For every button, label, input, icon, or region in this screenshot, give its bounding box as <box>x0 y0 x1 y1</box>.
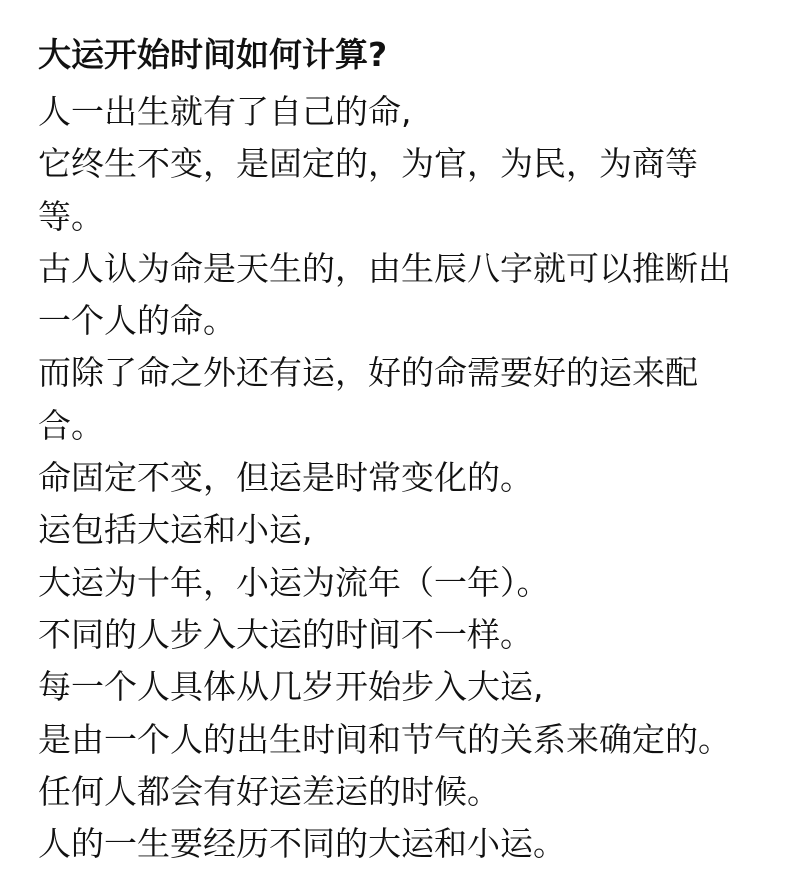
body-line: 而除了命之外还有运，好的命需要好的运来配 <box>38 347 788 399</box>
body-line: 古人认为命是天生的，由生辰八字就可以推断出 <box>38 243 788 295</box>
body-line: 每一个人具体从几岁开始步入大运, <box>38 661 788 713</box>
body-line: 运包括大运和小运, <box>38 504 788 556</box>
body-line: 合。 <box>38 400 788 452</box>
article-title: 大运开始时间如何计算? <box>38 30 788 80</box>
article: 大运开始时间如何计算? 人一出生就有了自己的命, 它终生不变，是固定的，为官，为… <box>38 30 788 870</box>
body-line: 等。 <box>38 191 788 243</box>
body-line: 它终生不变，是固定的，为官，为民，为商等 <box>38 138 788 190</box>
body-line: 一个人的命。 <box>38 295 788 347</box>
body-line: 大运为十年，小运为流年（一年）。 <box>38 557 788 609</box>
body-line: 人一出生就有了自己的命, <box>38 86 788 138</box>
body-line: 任何人都会有好运差运的时候。 <box>38 766 788 818</box>
article-body: 人一出生就有了自己的命, 它终生不变，是固定的，为官，为民，为商等 等。 古人认… <box>38 86 788 870</box>
body-line: 不同的人步入大运的时间不一样。 <box>38 609 788 661</box>
body-line: 人的一生要经历不同的大运和小运。 <box>38 818 788 870</box>
body-line: 是由一个人的出生时间和节气的关系来确定的。 <box>38 714 788 766</box>
body-line: 命固定不变，但运是时常变化的。 <box>38 452 788 504</box>
